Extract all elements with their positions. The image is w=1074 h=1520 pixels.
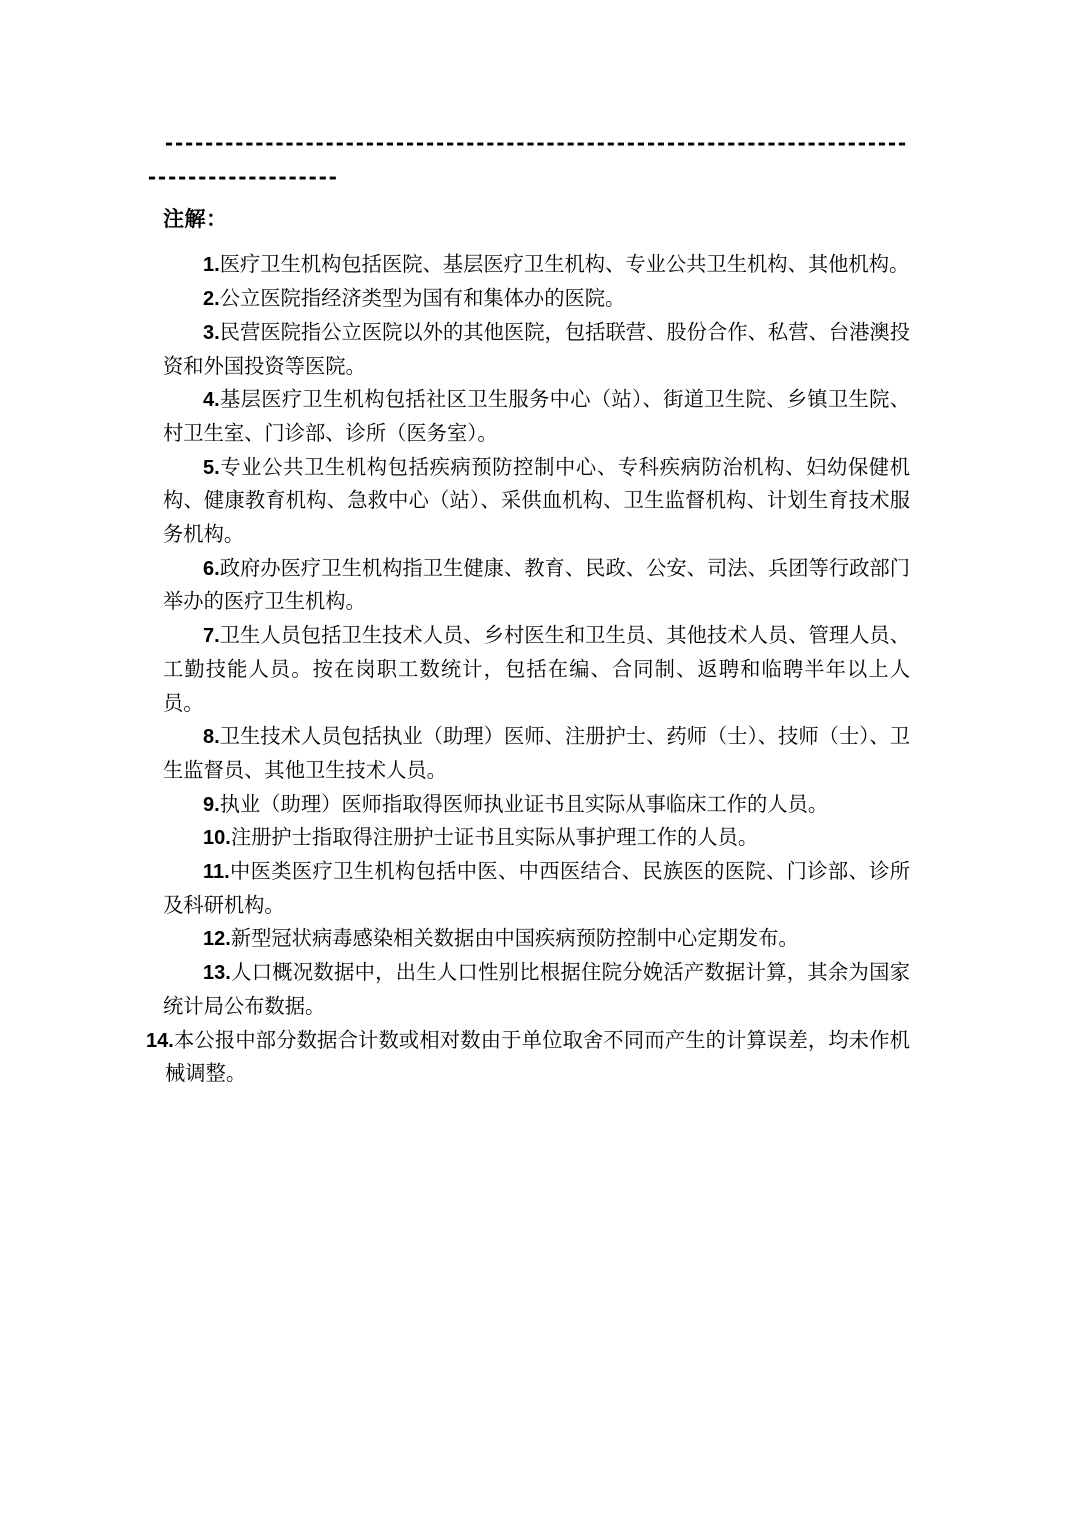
note-number: 14.: [146, 1030, 174, 1052]
note-number: 3.: [203, 322, 220, 344]
note-item-7: 7.卫生人员包括卫生技术人员、乡村医生和卫生员、其他技术人员、管理人员、工勤技能…: [163, 620, 910, 721]
note-number: 10.: [203, 827, 231, 849]
note-number: 6.: [203, 558, 220, 580]
dashed-separator: ----------------------------------------…: [146, 127, 910, 194]
note-text: 政府办医疗卫生机构指卫生健康、教育、民政、公安、司法、兵团等行政部门举办的医疗卫…: [163, 558, 910, 614]
note-number: 4.: [203, 389, 220, 411]
note-number: 12.: [203, 928, 231, 950]
note-text: 民营医院指公立医院以外的其他医院，包括联营、股份合作、私营、台港澳投资和外国投资…: [163, 322, 910, 378]
note-text: 新型冠状病毒感染相关数据由中国疾病预防控制中心定期发布。: [231, 928, 799, 950]
note-item-9: 9.执业（助理）医师指取得医师执业证书且实际从事临床工作的人员。: [163, 789, 910, 823]
note-item-1: 1.医疗卫生机构包括医院、基层医疗卫生机构、专业公共卫生机构、其他机构。: [163, 249, 910, 283]
note-number: 8.: [203, 726, 220, 748]
note-text: 卫生人员包括卫生技术人员、乡村医生和卫生员、其他技术人员、管理人员、工勤技能人员…: [163, 625, 910, 714]
note-item-11: 11.中医类医疗卫生机构包括中医、中西医结合、民族医的医院、门诊部、诊所及科研机…: [163, 856, 910, 923]
note-item-2: 2.公立医院指经济类型为国有和集体办的医院。: [163, 283, 910, 317]
note-number: 1.: [203, 254, 220, 276]
note-number: 7.: [203, 625, 220, 647]
note-item-3: 3.民营医院指公立医院以外的其他医院，包括联营、股份合作、私营、台港澳投资和外国…: [163, 317, 910, 384]
document-page: ----------------------------------------…: [0, 0, 1074, 1520]
note-text: 卫生技术人员包括执业（助理）医师、注册护士、药师（士）、技师（士）、卫生监督员、…: [163, 726, 910, 782]
note-item-10: 10.注册护士指取得注册护士证书且实际从事护理工作的人员。: [163, 822, 910, 856]
note-item-13: 13.人口概况数据中，出生人口性别比根据住院分娩活产数据计算，其余为国家统计局公…: [163, 957, 910, 1024]
note-text: 专业公共卫生机构包括疾病预防控制中心、专科疾病防治机构、妇幼保健机构、健康教育机…: [163, 457, 910, 546]
note-text: 公立医院指经济类型为国有和集体办的医院。: [220, 288, 626, 310]
note-number: 11.: [203, 861, 230, 883]
note-item-14: 14.本公报中部分数据合计数或相对数由于单位取舍不同而产生的计算误差，均未作机械…: [146, 1025, 910, 1092]
note-number: 5.: [203, 457, 220, 479]
note-item-12: 12.新型冠状病毒感染相关数据由中国疾病预防控制中心定期发布。: [163, 923, 910, 957]
note-number: 9.: [203, 794, 220, 816]
note-text: 人口概况数据中，出生人口性别比根据住院分娩活产数据计算，其余为国家统计局公布数据…: [163, 962, 910, 1018]
note-text: 本公报中部分数据合计数或相对数由于单位取舍不同而产生的计算误差，均未作机械调整。: [165, 1030, 910, 1086]
note-text: 基层医疗卫生机构包括社区卫生服务中心（站）、街道卫生院、乡镇卫生院、村卫生室、门…: [163, 389, 910, 445]
note-text: 医疗卫生机构包括医院、基层医疗卫生机构、专业公共卫生机构、其他机构。: [220, 254, 910, 276]
note-item-8: 8.卫生技术人员包括执业（助理）医师、注册护士、药师（士）、技师（士）、卫生监督…: [163, 721, 910, 788]
note-text: 中医类医疗卫生机构包括中医、中西医结合、民族医的医院、门诊部、诊所及科研机构。: [163, 861, 910, 917]
note-number: 13.: [203, 962, 231, 984]
note-item-4: 4.基层医疗卫生机构包括社区卫生服务中心（站）、街道卫生院、乡镇卫生院、村卫生室…: [163, 384, 910, 451]
note-item-5: 5.专业公共卫生机构包括疾病预防控制中心、专科疾病防治机构、妇幼保健机构、健康教…: [163, 452, 910, 553]
notes-heading: 注解：: [163, 202, 910, 236]
note-number: 2.: [203, 288, 220, 310]
note-item-6: 6.政府办医疗卫生机构指卫生健康、教育、民政、公安、司法、兵团等行政部门举办的医…: [163, 553, 910, 620]
note-text: 注册护士指取得注册护士证书且实际从事护理工作的人员。: [231, 827, 758, 849]
note-text: 执业（助理）医师指取得医师执业证书且实际从事临床工作的人员。: [220, 794, 828, 816]
